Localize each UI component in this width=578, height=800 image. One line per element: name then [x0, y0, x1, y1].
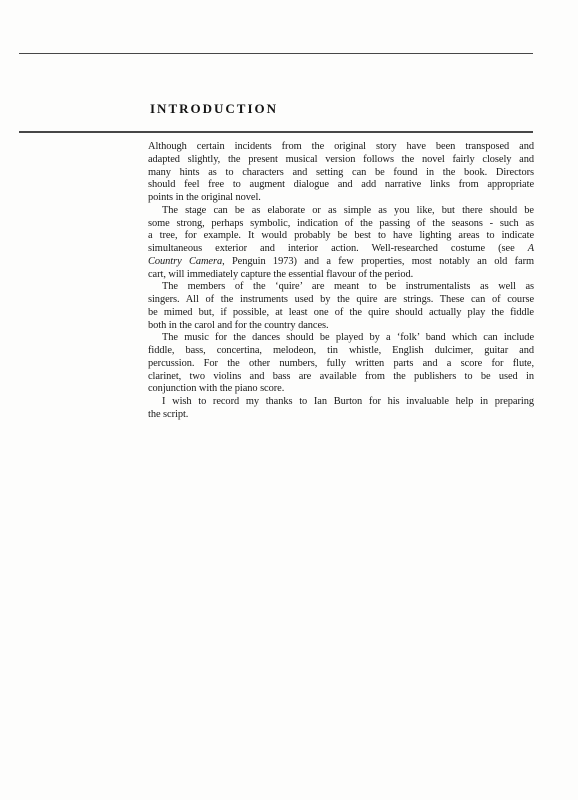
text-line: Although certain incidents from the orig… — [148, 141, 534, 154]
text-line: Country Camera, Penguin 1973) and a few … — [148, 256, 534, 269]
text-line: I wish to record my thanks to Ian Burton… — [148, 396, 534, 409]
text-line: conjunction with the piano score. — [148, 383, 534, 396]
text-segment: conjunction with the piano score. — [148, 383, 284, 394]
text-line: clarinet, two violins and bass are avail… — [148, 371, 534, 384]
text-segment: fiddle, bass, concertina, melodeon, tin … — [148, 345, 534, 356]
text-segment: should feel free to augment dialogue and… — [148, 179, 534, 190]
text-segment: The members of the ‘quire’ are meant to … — [162, 281, 534, 292]
text-line: simultaneous exterior and interior actio… — [148, 243, 534, 256]
text-segment: clarinet, two violins and bass are avail… — [148, 371, 534, 382]
text-segment: Although certain incidents from the orig… — [148, 141, 534, 152]
paragraph: Although certain incidents from the orig… — [148, 141, 534, 205]
section-heading: INTRODUCTION — [150, 101, 278, 117]
book-title-italic: A — [528, 243, 534, 254]
book-page: INTRODUCTION Although certain incidents … — [0, 0, 578, 800]
text-line: fiddle, bass, concertina, melodeon, tin … — [148, 345, 534, 358]
text-line: adapted slightly, the present musical ve… — [148, 154, 534, 167]
text-line: cart, will immediately capture the essen… — [148, 269, 534, 282]
text-segment: , Penguin 1973) and a few properties, mo… — [222, 256, 534, 267]
text-segment: some strong, perhaps symbolic, indicatio… — [148, 218, 534, 229]
text-line: a tree, for example. It would probably b… — [148, 230, 534, 243]
text-segment: be mimed but, if possible, at least one … — [148, 307, 534, 318]
text-segment: percussion. For the other numbers, fully… — [148, 358, 534, 369]
text-segment: singers. All of the instruments used by … — [148, 294, 534, 305]
text-line: singers. All of the instruments used by … — [148, 294, 534, 307]
text-line: The music for the dances should be playe… — [148, 332, 534, 345]
text-segment: points in the original novel. — [148, 192, 261, 203]
text-segment: The stage can be as elaborate or as simp… — [162, 205, 534, 216]
paragraph: I wish to record my thanks to Ian Burton… — [148, 396, 534, 422]
text-line: The members of the ‘quire’ are meant to … — [148, 281, 534, 294]
text-line: should feel free to augment dialogue and… — [148, 179, 534, 192]
text-line: some strong, perhaps symbolic, indicatio… — [148, 218, 534, 231]
text-segment: many hints as to characters and setting … — [148, 167, 534, 178]
book-title-italic: Country Camera — [148, 256, 222, 267]
text-segment: The music for the dances should be playe… — [162, 332, 534, 343]
text-segment: cart, will immediately capture the essen… — [148, 269, 413, 280]
top-rule — [19, 53, 533, 55]
text-line: be mimed but, if possible, at least one … — [148, 307, 534, 320]
paragraph: The music for the dances should be playe… — [148, 332, 534, 396]
text-line: points in the original novel. — [148, 192, 534, 205]
text-segment: the script. — [148, 409, 188, 420]
text-segment: adapted slightly, the present musical ve… — [148, 154, 534, 165]
text-line: both in the carol and for the country da… — [148, 320, 534, 333]
text-line: The stage can be as elaborate or as simp… — [148, 205, 534, 218]
text-segment: a tree, for example. It would probably b… — [148, 230, 534, 241]
text-line: the script. — [148, 409, 534, 422]
text-line: many hints as to characters and setting … — [148, 167, 534, 180]
text-segment: simultaneous exterior and interior actio… — [148, 243, 528, 254]
text-segment: both in the carol and for the country da… — [148, 320, 329, 331]
paragraph: The stage can be as elaborate or as simp… — [148, 205, 534, 282]
text-segment: I wish to record my thanks to Ian Burton… — [162, 396, 534, 407]
paragraph: The members of the ‘quire’ are meant to … — [148, 281, 534, 332]
text-line: percussion. For the other numbers, fully… — [148, 358, 534, 371]
body-text: Although certain incidents from the orig… — [148, 141, 534, 422]
heading-rule — [19, 131, 533, 133]
